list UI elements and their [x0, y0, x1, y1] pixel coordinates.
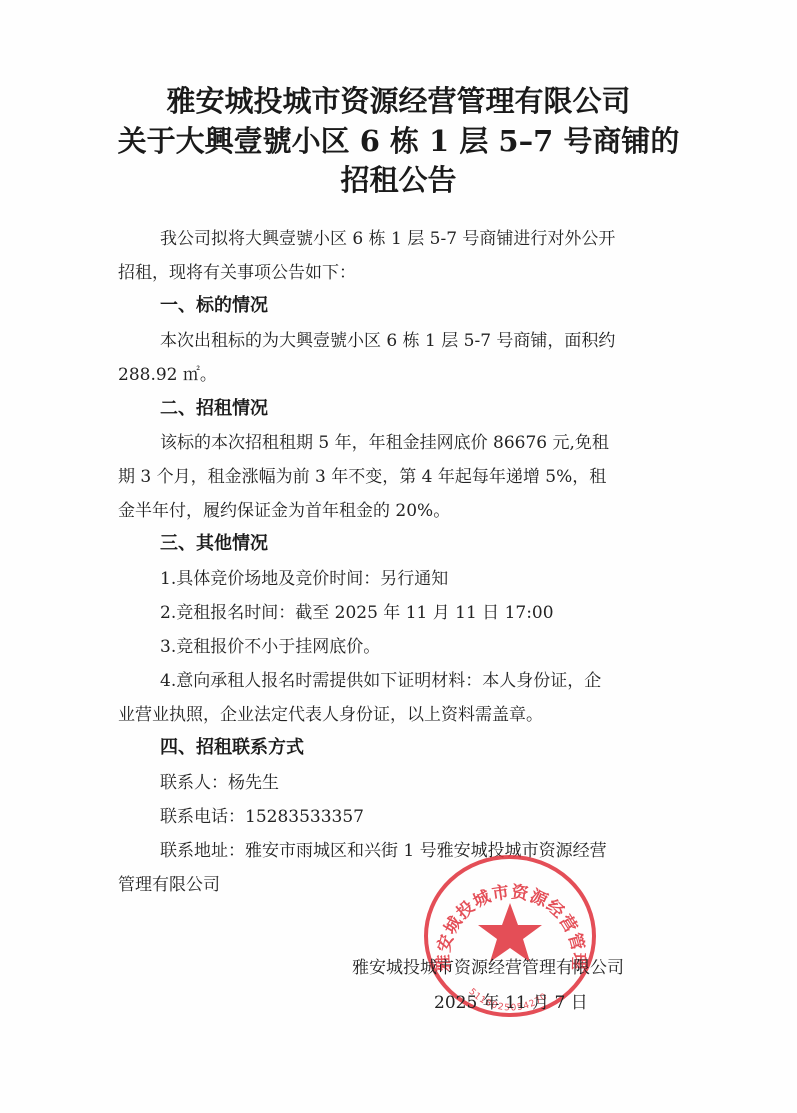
title-line-2: 关于大興壹號小区 6 栋 1 层 5–7 号商铺的 [0, 122, 797, 161]
svg-text:雅安城投城市资源经营管理有限公司: 雅安城投城市资源经营管理有限公司 [422, 853, 589, 972]
section-3-item-3: 3.竞租报价不小于挂网底价。 [160, 636, 380, 658]
title-line-3: 招租公告 [0, 161, 797, 200]
section-3-heading: 三、其他情况 [160, 532, 268, 556]
section-1-heading: 一、标的情况 [160, 294, 268, 318]
contact-address-line-2: 管理有限公司 [118, 874, 220, 896]
intro-line-2: 招租，现将有关事项公告如下： [118, 262, 356, 284]
section-3-item-2: 2.竞租报名时间：截至 2025 年 11 月 11 日 17:00 [160, 602, 554, 624]
section-2-line-1: 该标的本次招租租期 5 年，年租金挂网底价 86676 元,免租 [160, 432, 609, 454]
signature-company: 雅安城投城市资源经营管理有限公司 [352, 957, 624, 979]
signature-date: 2025 年 11 月 7 日 [434, 992, 588, 1014]
section-4-heading: 四、招租联系方式 [160, 736, 304, 760]
intro-line-1: 我公司拟将大興壹號小区 6 栋 1 层 5-7 号商铺进行对外公开 [160, 228, 615, 250]
seal-ring-text: 雅安城投城市资源经营管理有限公司 [422, 853, 589, 972]
contact-person: 联系人：杨先生 [160, 772, 279, 794]
section-1-line-1: 本次出租标的为大興壹號小区 6 栋 1 层 5-7 号商铺，面积约 [160, 330, 615, 352]
section-2-line-2: 期 3 个月，租金涨幅为前 3 年不变，第 4 年起每年递增 5%，租 [118, 466, 606, 488]
section-1-line-2: 288.92 ㎡。 [118, 364, 217, 386]
star-icon [478, 903, 542, 962]
contact-phone: 联系电话：15283533357 [160, 806, 364, 828]
section-3-item-1: 1.具体竞价场地及竞价时间：另行通知 [160, 568, 448, 590]
announcement-page: 雅安城投城市资源经营管理有限公司 关于大興壹號小区 6 栋 1 层 5–7 号商… [0, 0, 797, 1113]
section-3-item-4-cont: 业营业执照，企业法定代表人身份证，以上资料需盖章。 [118, 704, 543, 726]
section-2-line-3: 金半年付，履约保证金为首年租金的 20%。 [118, 500, 450, 522]
section-3-item-4: 4.意向承租人报名时需提供如下证明材料：本人身份证，企 [160, 670, 601, 692]
title-line-1: 雅安城投城市资源经营管理有限公司 [0, 82, 797, 121]
section-2-heading: 二、招租情况 [160, 397, 268, 421]
